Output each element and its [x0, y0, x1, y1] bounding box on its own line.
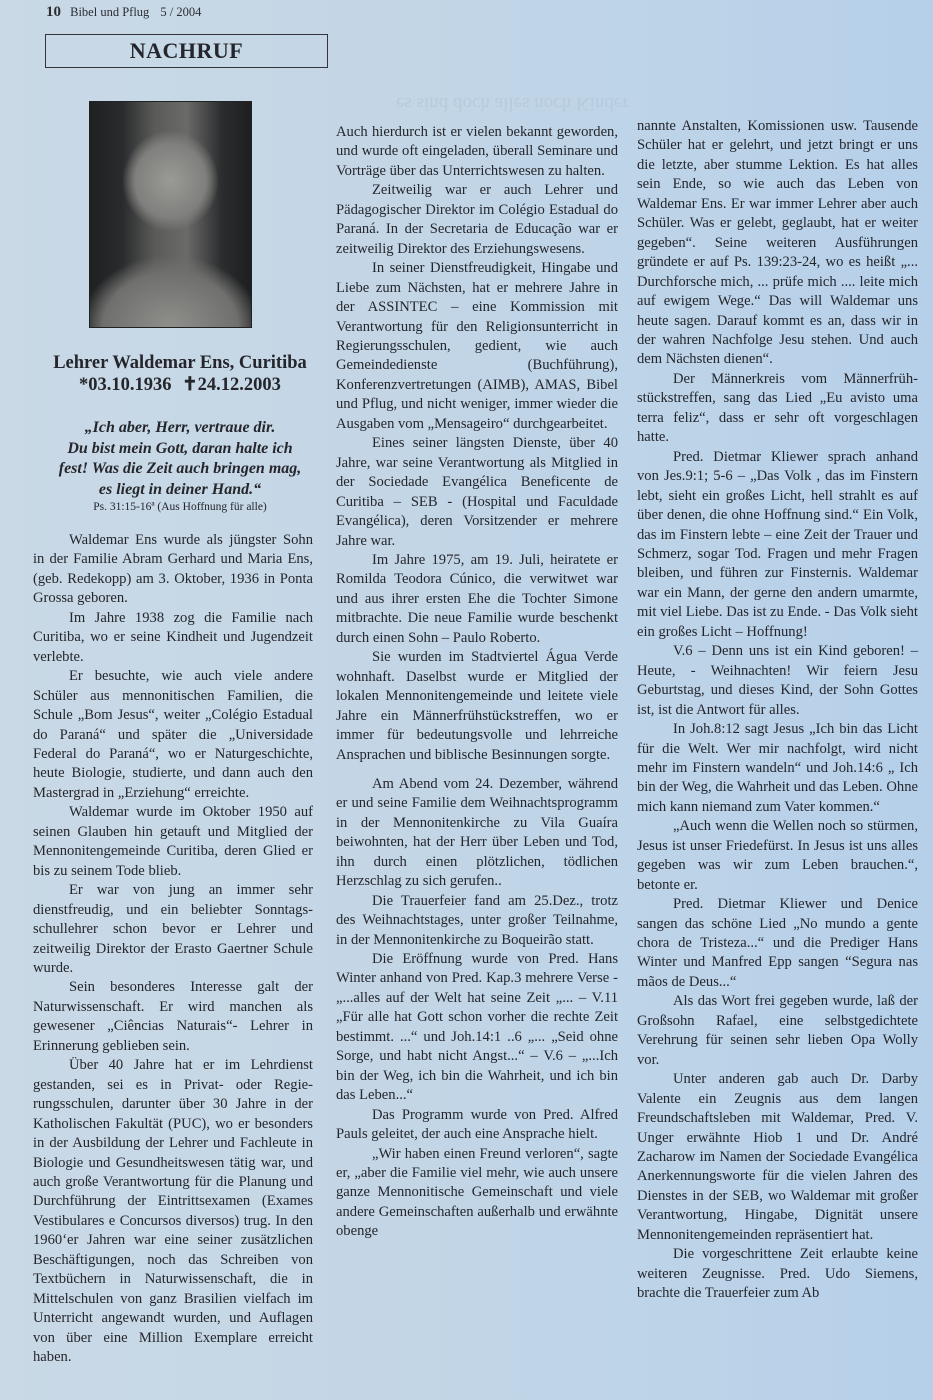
running-header: 10 Bibel und Pflug 5 / 2004 [46, 4, 201, 21]
paragraph: Pred. Dietmar Kliewer sprach an­hand von… [637, 448, 918, 643]
paragraph: Die Eröffnung wurde von Pred. Hans Winte… [336, 950, 618, 1106]
portrait-photo [89, 101, 252, 328]
deceased-name: Lehrer Waldemar Ens, Curitiba [30, 352, 330, 374]
publication-name: Bibel und Pflug [70, 5, 149, 19]
paragraph: In Joh.8:12 sagt Jesus „Ich bin das Lich… [637, 720, 918, 817]
section-title: NACHRUF [45, 34, 328, 68]
text-column-3: nannte Anstalten, Komissionen usw. Tau­s… [637, 117, 918, 1304]
paragraph: Sein besonderes Interesse galt der Natur… [33, 978, 313, 1056]
show-through-text: es sind doch alles noch Kinder [396, 92, 629, 114]
paragraph: Unter anderen gab auch Dr. Darby Valente… [637, 1070, 918, 1245]
life-dates: *03.10.1936 ✝24.12.2003 [30, 374, 330, 396]
paragraph: Sie wurden im Stadtviertel Água Verde wo… [336, 648, 618, 765]
paragraph: In seiner Dienstfreudigkeit, Hingabe und… [336, 259, 618, 434]
paragraph: „Wir haben einen Freund verloren“, sagte… [336, 1145, 618, 1242]
paragraph: Er besuchte, wie auch viele andere Schül… [33, 667, 313, 803]
quote-line: es liegt in deiner Hand.“ [30, 480, 330, 501]
paragraph: „Auch wenn die Wellen noch so stürmen, J… [637, 817, 918, 895]
quote-line: „Ich aber, Herr, vertraue dir. [30, 418, 330, 439]
paragraph: Über 40 Jahre hat er im Lehrdienst gesta… [33, 1056, 313, 1367]
paragraph: Waldemar Ens wurde als jüngster Sohn in … [33, 531, 313, 609]
bible-quote: „Ich aber, Herr, vertraue dir. Du bist m… [30, 418, 330, 514]
paragraph: Der Männerkreis vom Männerfrüh­stückstre… [637, 370, 918, 448]
text-column-1: Waldemar Ens wurde als jüngster Sohn in … [33, 531, 313, 1367]
paragraph: V.6 – Denn uns ist ein Kind gebo­ren! – … [637, 642, 918, 720]
paragraph: Das Programm wurde von Pred. Al­fred Pau… [336, 1106, 618, 1145]
paragraph: Am Abend vom 24. Dezember, während er un… [336, 775, 618, 892]
paragraph: nannte Anstalten, Komissionen usw. Tau­s… [637, 117, 918, 370]
paragraph: Eines seiner längsten Dienste, über 40 J… [336, 434, 618, 551]
paragraph: Im Jahre 1975, am 19. Juli, heiratete er… [336, 551, 618, 648]
paragraph: Er war von jung an immer sehr dienstfreu… [33, 881, 313, 978]
quote-line: Du bist mein Gott, daran halte ich [30, 439, 330, 460]
quote-line: fest! Was die Zeit auch bringen mag, [30, 459, 330, 480]
obituary-heading: Lehrer Waldemar Ens, Curitiba *03.10.193… [30, 352, 330, 396]
paragraph: Die Trauerfeier fand am 25.Dez., trotz d… [336, 892, 618, 950]
quote-reference: Ps. 31:15-16ª (Aus Hoffnung für alle) [30, 500, 330, 514]
paragraph: Die vorgeschrittene Zeit erlaubte keine … [637, 1245, 918, 1303]
paragraph: Im Jahre 1938 zog die Familie nach Curit… [33, 609, 313, 667]
paragraph: Waldemar wurde im Oktober 1950 auf seine… [33, 803, 313, 881]
paragraph: Auch hierdurch ist er vielen bekannt ge­… [336, 123, 618, 181]
page-number: 10 [46, 4, 61, 20]
paragraph: Zeitweilig war er auch Lehrer und Pädago… [336, 181, 618, 259]
text-column-2: Auch hierdurch ist er vielen bekannt ge­… [336, 123, 618, 1242]
paragraph: Pred. Dietmar Kliewer und Denice sangen … [637, 895, 918, 992]
issue-number: 5 / 2004 [160, 5, 201, 19]
paragraph: Als das Wort frei gegeben wurde, laß der… [637, 992, 918, 1070]
